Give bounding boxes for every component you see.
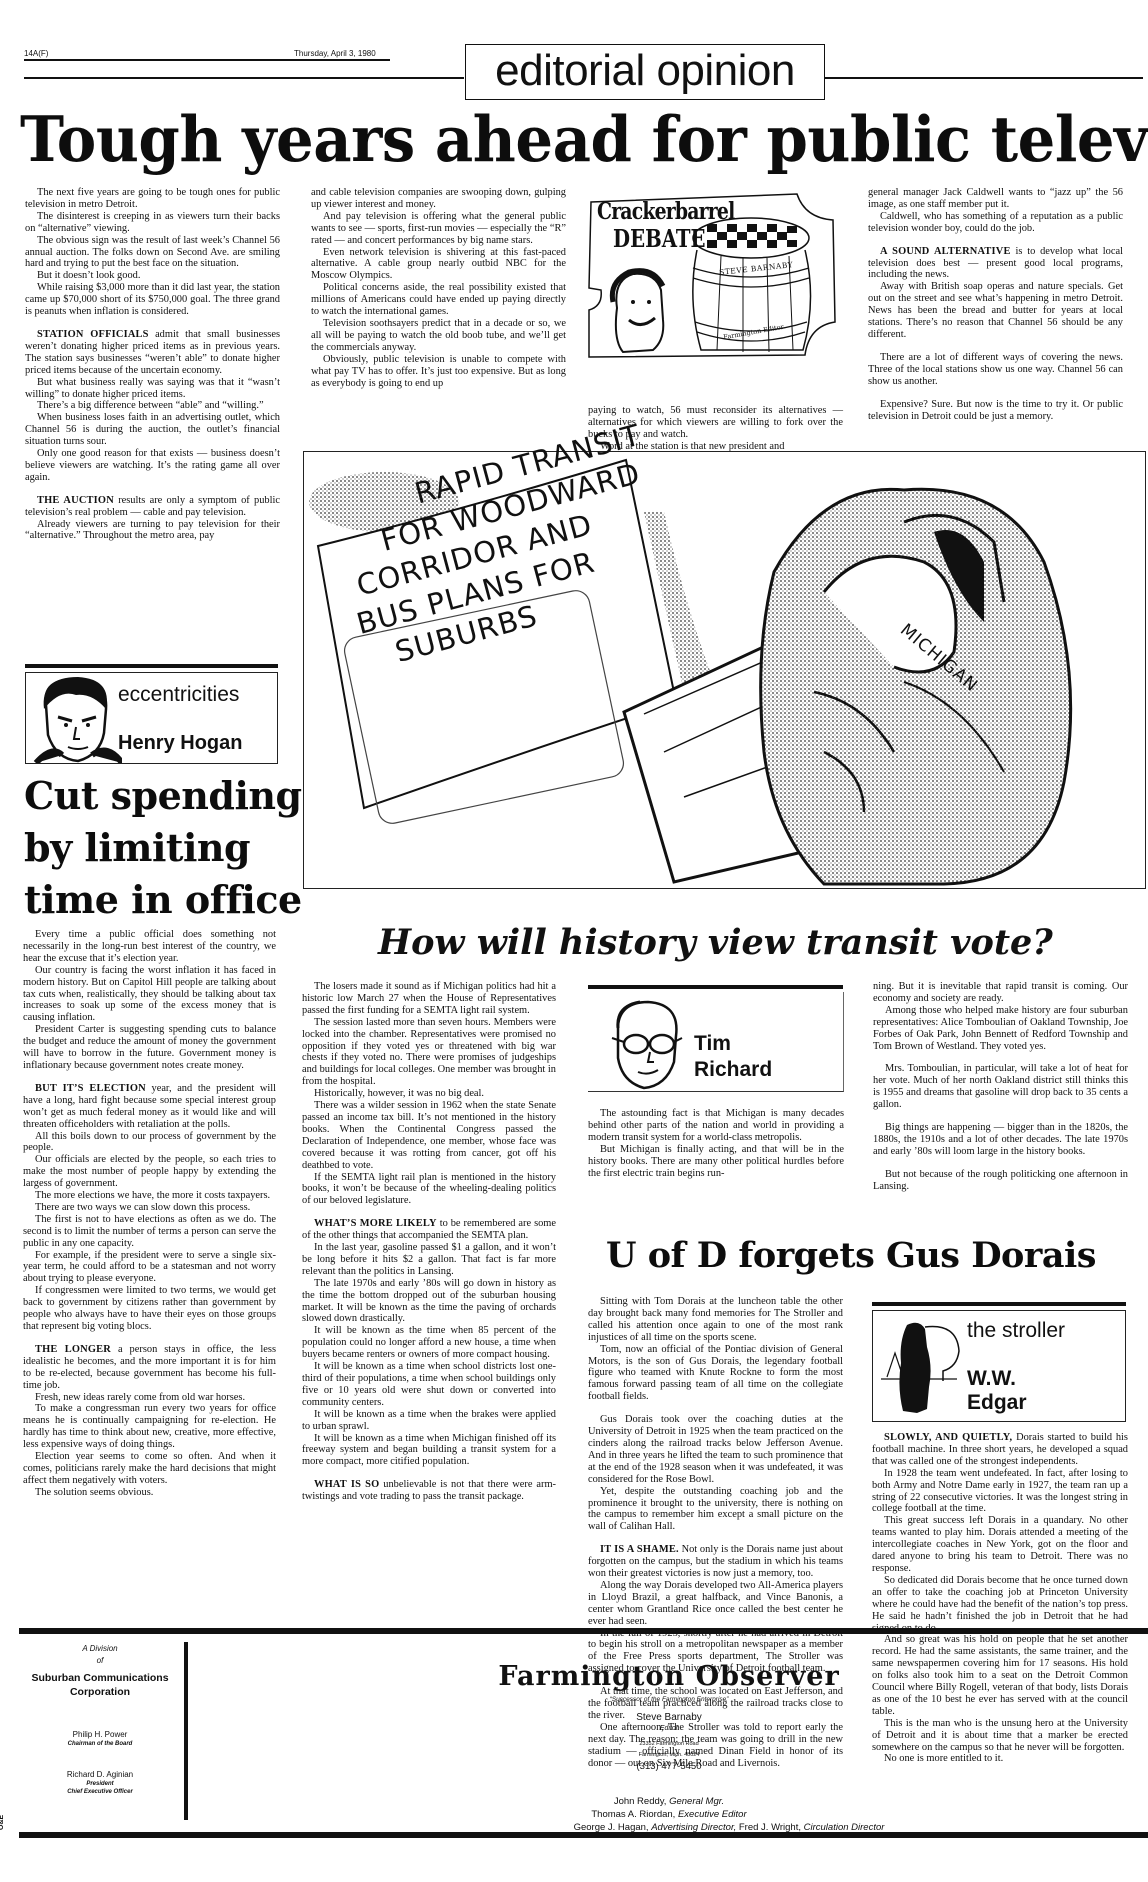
- paragraph: It will be known as a time when school d…: [302, 1361, 556, 1409]
- hogan-body: Every time a public official does someth…: [23, 929, 276, 1499]
- transit-cartoon: RAPID TRANSIT FOR WOODWARD CORRIDOR AND …: [303, 451, 1146, 889]
- paragraph: IT IS A SHAME. Not only is the Dorais na…: [588, 1544, 843, 1580]
- address-line-2: Farmington, Mich. 48024: [190, 1750, 1148, 1761]
- paragraph: The astounding fact is that Michigan is …: [588, 1108, 844, 1144]
- footer-top-rule: [19, 1628, 1148, 1634]
- paragraph-text: But Michigan is finally acting, and that…: [588, 1144, 844, 1179]
- hogan-column-header: eccentricities Henry Hogan: [25, 672, 278, 764]
- paragraph-text: Political concerns aside, the real possi…: [311, 282, 566, 317]
- paragraph: general manager Jack Caldwell wants to “…: [868, 187, 1123, 211]
- paragraph: Historically, however, it was no big dea…: [302, 1088, 556, 1100]
- paragraph-text: President Carter is suggesting spending …: [23, 1024, 276, 1071]
- division-of: of: [20, 1655, 180, 1667]
- paragraph-text: There are two ways we can slow down this…: [35, 1202, 250, 1213]
- paragraph-lead-in: STATION OFFICIALS: [37, 329, 149, 340]
- paper-tagline: “Successor of the Farmington Enterprise”: [190, 1694, 1148, 1706]
- paragraph-text: ning. But it is inevitable that rapid tr…: [873, 981, 1128, 1004]
- paragraph: The more elections we have, the more it …: [23, 1190, 276, 1202]
- author-henry-hogan: Henry Hogan: [118, 732, 242, 755]
- exec-credit: Thomas A. Riordan, Executive Editor: [190, 1808, 1148, 1821]
- paragraph-text: There was a wilder session in 1962 when …: [302, 1100, 556, 1171]
- paragraph: and cable television companies are swoop…: [311, 187, 566, 211]
- paragraph: Tom, now an official of the Pontiac divi…: [588, 1344, 843, 1404]
- stroller-silhouette-icon: [877, 1317, 963, 1417]
- paragraph: In the last year, gasoline passed $1 a g…: [302, 1242, 556, 1278]
- paragraph: Every time a public official does someth…: [23, 929, 276, 965]
- the-stroller-header: the stroller W.W. Edgar: [872, 1310, 1126, 1422]
- paragraph: Along the way Dorais developed two All-A…: [588, 1580, 843, 1628]
- headline-line: by limiting: [24, 822, 302, 874]
- paragraph-text: All this boils down to our process of go…: [23, 1131, 276, 1154]
- paragraph-text: Away with British soap operas and nature…: [868, 281, 1123, 340]
- page-number: 14A(F): [24, 49, 48, 58]
- paper-name: Farmington Observer: [190, 1660, 1148, 1694]
- gm-title: General Mgr.: [669, 1796, 724, 1807]
- paragraph-lead-in: A SOUND ALTERNATIVE: [880, 246, 1011, 257]
- paragraph-text: The session lasted more than seven hours…: [302, 1017, 556, 1088]
- paragraph: Among those who helped make history are …: [873, 1005, 1128, 1053]
- chairman-name: Philip H. Power: [20, 1729, 180, 1740]
- paragraph-text: This great success left Dorais in a quan…: [872, 1515, 1128, 1574]
- tim-richard-portrait-icon: [596, 996, 696, 1092]
- paragraph: To make a congressman run every two year…: [23, 1403, 276, 1451]
- paper-masthead-block: Farmington Observer “Successor of the Fa…: [190, 1660, 1148, 1773]
- paragraph: WHAT’S MORE LIKELY to be remembered are …: [302, 1218, 556, 1242]
- paragraph-text: In 1928 the team went undefeated. In fac…: [872, 1468, 1128, 1515]
- paragraph-text: Our country is facing the worst inflatio…: [23, 965, 276, 1024]
- paragraph-text: Our officials are elected by the people,…: [23, 1154, 276, 1189]
- side-mark: O&E: [0, 1815, 5, 1830]
- paragraph-text: The astounding fact is that Michigan is …: [588, 1108, 844, 1143]
- debate-title: DEBATE: [613, 224, 706, 253]
- paragraph: The next five years are going to be toug…: [25, 187, 280, 211]
- paragraph-lead-in: THE AUCTION: [37, 495, 114, 506]
- paragraph-text: Expensive? Sure. But now is the time to …: [868, 399, 1123, 422]
- paragraph-text: Mrs. Tomboulian, in particular, will tak…: [873, 1063, 1128, 1110]
- paragraph: Only one good reason for that exists — b…: [25, 448, 280, 484]
- division-line: A Division: [20, 1643, 180, 1655]
- phone-number: (313) 477-5450: [190, 1761, 1148, 1773]
- circ-title: Circulation Director: [804, 1822, 885, 1833]
- paragraph: Gus Dorais took over the coaching duties…: [588, 1414, 843, 1485]
- paragraph-text: The disinterest is creeping in as viewer…: [25, 211, 280, 234]
- paragraph-text: The obvious sign was the result of last …: [25, 235, 280, 270]
- ceo-title: Chief Executive Officer: [20, 1788, 180, 1796]
- paragraph: The disinterest is creeping in as viewer…: [25, 211, 280, 235]
- editor-name: Steve Barnaby: [190, 1712, 1148, 1724]
- paragraph: WHAT IS SO unbelievable is not that ther…: [302, 1479, 556, 1503]
- paragraph: President Carter is suggesting spending …: [23, 1024, 276, 1072]
- paragraph: SLOWLY, AND QUIETLY, Dorais started to b…: [872, 1432, 1128, 1468]
- paragraph-text: For example, if the president were to se…: [23, 1250, 276, 1285]
- section-title-box: editorial opinion: [465, 44, 825, 100]
- paragraph-text: To make a congressman run every two year…: [23, 1403, 276, 1450]
- transit-col-2: The astounding fact is that Michigan is …: [588, 1108, 844, 1179]
- paragraph: The first is not to have elections as of…: [23, 1214, 276, 1250]
- paragraph: Expensive? Sure. But now is the time to …: [868, 399, 1123, 423]
- circ-name: Fred J. Wright,: [739, 1822, 801, 1833]
- paragraph: For example, if the president were to se…: [23, 1250, 276, 1286]
- staff-credits: John Reddy, General Mgr. Thomas A. Riord…: [190, 1795, 1148, 1834]
- paragraph-lead-in: BUT IT’S ELECTION: [35, 1083, 146, 1094]
- paragraph-text: The losers made it sound as if Michigan …: [302, 981, 556, 1016]
- transit-col-3: ning. But it is inevitable that rapid tr…: [873, 981, 1128, 1193]
- masthead-rule-right: [825, 77, 1143, 79]
- masthead-rule-top: [24, 59, 390, 61]
- richard-top-rule: [588, 985, 843, 989]
- paragraph-text: Caldwell, who has something of a reputat…: [868, 211, 1123, 234]
- paragraph-text: It will be known as a time when school d…: [302, 1361, 556, 1408]
- paragraph: Our country is facing the worst inflatio…: [23, 965, 276, 1025]
- paragraph-text: Already viewers are turning to pay telev…: [25, 519, 280, 542]
- paragraph-text: Election year seems to come so often. An…: [23, 1451, 276, 1486]
- paragraph-text: Obviously, public television is unable t…: [311, 354, 566, 389]
- paragraph: Fresh, new ideas rarely come from old wa…: [23, 1392, 276, 1404]
- paragraph-text: It will be known as the time when 85 per…: [302, 1325, 556, 1360]
- paragraph: When business loses faith in an advertis…: [25, 412, 280, 448]
- paragraph-text: Fresh, new ideas rarely come from old wa…: [35, 1392, 245, 1403]
- paragraph-text: general manager Jack Caldwell wants to “…: [868, 187, 1123, 210]
- paragraph: But it doesn’t look good.: [25, 270, 280, 282]
- paragraph-text: Even network television is shivering at …: [311, 247, 566, 282]
- masthead-rule-left: [24, 77, 464, 79]
- paragraph-text: While raising $3,000 more than it did la…: [25, 282, 280, 317]
- paragraph: Our officials are elected by the people,…: [23, 1154, 276, 1190]
- paragraph-lead-in: SLOWLY, AND QUIETLY,: [884, 1432, 1012, 1443]
- crackerbarrel-debate-logo: Crackerbarrel DEBATE STEVE BARNABY Farmi…: [583, 190, 841, 360]
- paragraph: This great success left Dorais in a quan…: [872, 1515, 1128, 1575]
- author-last-name: Richard: [694, 1058, 772, 1082]
- paragraph-text: But not because of the rough politicking…: [873, 1169, 1128, 1192]
- company-name-2: Corporation: [20, 1685, 180, 1699]
- paragraph-text: There are a lot of different ways of cov…: [868, 352, 1123, 387]
- transit-headline: How will history view transit vote?: [378, 922, 1053, 963]
- column-name-the-stroller: the stroller: [967, 1319, 1065, 1343]
- paragraph: Political concerns aside, the real possi…: [311, 282, 566, 318]
- paragraph-text: But it doesn’t look good.: [37, 270, 140, 281]
- president-title: President: [20, 1780, 180, 1788]
- henry-hogan-portrait-icon: [32, 675, 122, 763]
- transit-col-1: The losers made it sound as if Michigan …: [302, 981, 556, 1503]
- paragraph: It will be known as the time when 85 per…: [302, 1325, 556, 1361]
- paragraph: Mrs. Tomboulian, in particular, will tak…: [873, 1063, 1128, 1111]
- author-first-name: Tim: [694, 1032, 731, 1056]
- headline-line: Cut spending: [24, 770, 302, 822]
- paragraph: Away with British soap operas and nature…: [868, 281, 1123, 341]
- paragraph: Even network television is shivering at …: [311, 247, 566, 283]
- paragraph: BUT IT’S ELECTION year, and the presiden…: [23, 1083, 276, 1131]
- paragraph-text: There’s a big difference between “able” …: [37, 400, 264, 411]
- paragraph-text: The late 1970s and early ’80s will go do…: [302, 1278, 556, 1325]
- paragraph-text: The first is not to have elections as of…: [23, 1214, 276, 1249]
- paragraph: There was a wilder session in 1962 when …: [302, 1100, 556, 1171]
- paragraph: Already viewers are turning to pay telev…: [25, 519, 280, 543]
- crackerbarrel-title: Crackerbarrel: [597, 198, 734, 225]
- paragraph-text: The solution seems obvious.: [35, 1487, 153, 1498]
- paragraph: But not because of the rough politicking…: [873, 1169, 1128, 1193]
- paragraph: So dedicated did Dorais become that he o…: [872, 1575, 1128, 1635]
- paragraph: While raising $3,000 more than it did la…: [25, 282, 280, 318]
- paragraph-text: So dedicated did Dorais become that he o…: [872, 1575, 1128, 1634]
- editor-title: Editor: [190, 1724, 1148, 1734]
- president-name: Richard D. Aginian: [20, 1769, 180, 1780]
- paragraph-text: If congressmen were limited to two terms…: [23, 1285, 276, 1332]
- adv-name: George J. Hagan,: [574, 1822, 649, 1833]
- paragraph-lead-in: IT IS A SHAME.: [600, 1544, 679, 1555]
- paragraph-text: Gus Dorais took over the coaching duties…: [588, 1414, 843, 1485]
- paragraph-text: But what business really was saying was …: [25, 377, 280, 400]
- company-name: Suburban Communications: [20, 1671, 180, 1685]
- paragraph-text: If the SEMTA light rail plan is mentione…: [302, 1172, 556, 1207]
- paragraph-text: Television soothsayers predict that in a…: [311, 318, 566, 353]
- paragraph: But Michigan is finally acting, and that…: [588, 1144, 844, 1180]
- paragraph-text: and cable television companies are swoop…: [311, 187, 566, 210]
- paragraph: In 1928 the team went undefeated. In fac…: [872, 1468, 1128, 1516]
- paragraph-text: Tom, now an official of the Pontiac divi…: [588, 1344, 843, 1403]
- paragraph: THE LONGER a person stays in office, the…: [23, 1344, 276, 1392]
- paragraph-text: Among those who helped make history are …: [873, 1005, 1128, 1052]
- paragraph: It will be known as a time when Michigan…: [302, 1433, 556, 1469]
- paragraph-text: It will be known as a time when the brak…: [302, 1409, 556, 1432]
- paragraph: And pay television is offering what the …: [311, 211, 566, 247]
- paragraph-lead-in: THE LONGER: [35, 1344, 111, 1355]
- paragraph: But what business really was saying was …: [25, 377, 280, 401]
- gm-credit: John Reddy, General Mgr.: [190, 1795, 1148, 1808]
- section-title: editorial opinion: [466, 45, 824, 97]
- tim-richard-header: Tim Richard: [588, 992, 844, 1092]
- author-edgar: Edgar: [967, 1391, 1027, 1415]
- paragraph-text: When business loses faith in an advertis…: [25, 412, 280, 447]
- hogan-headline: Cut spending by limiting time in office: [24, 770, 302, 926]
- paragraph: Big things are happening — bigger than i…: [873, 1122, 1128, 1158]
- paragraph: There are two ways we can slow down this…: [23, 1202, 276, 1214]
- paragraph-lead-in: WHAT IS SO: [314, 1479, 379, 1490]
- paragraph: There are a lot of different ways of cov…: [868, 352, 1123, 388]
- paragraph: Yet, despite the outstanding coaching jo…: [588, 1486, 843, 1534]
- paragraph-text: Only one good reason for that exists — b…: [25, 448, 280, 483]
- paragraph: There’s a big difference between “able” …: [25, 400, 280, 412]
- paragraph-text: Every time a public official does someth…: [23, 929, 276, 964]
- paragraph: If congressmen were limited to two terms…: [23, 1285, 276, 1333]
- paragraph-text: Yet, despite the outstanding coaching jo…: [588, 1486, 843, 1533]
- paragraph-lead-in: WHAT’S MORE LIKELY: [314, 1218, 437, 1229]
- paragraph: Obviously, public television is unable t…: [311, 354, 566, 390]
- exec-title: Executive Editor: [678, 1809, 747, 1820]
- stroller-headline: U of D forgets Gus Dorais: [606, 1235, 1096, 1276]
- paragraph: THE AUCTION results are only a symptom o…: [25, 495, 280, 519]
- paragraph-text: The next five years are going to be toug…: [25, 187, 280, 210]
- paragraph: It will be known as a time when the brak…: [302, 1409, 556, 1433]
- editorial-col-4: general manager Jack Caldwell wants to “…: [868, 187, 1123, 422]
- paragraph: If the SEMTA light rail plan is mentione…: [302, 1172, 556, 1208]
- paragraph: Caldwell, who has something of a reputat…: [868, 211, 1123, 235]
- paragraph: All this boils down to our process of go…: [23, 1131, 276, 1155]
- headline-line: time in office: [24, 874, 302, 926]
- paragraph: The solution seems obvious.: [23, 1487, 276, 1499]
- paragraph-text: In the last year, gasoline passed $1 a g…: [302, 1242, 556, 1277]
- hogan-top-rule: [25, 664, 278, 668]
- paragraph: The losers made it sound as if Michigan …: [302, 981, 556, 1017]
- paragraph: The late 1970s and early ’80s will go do…: [302, 1278, 556, 1326]
- paragraph-text: And pay television is offering what the …: [311, 211, 566, 246]
- chairman-title: Chairman of the Board: [20, 1740, 180, 1749]
- adv-title: Advertising Director,: [651, 1822, 736, 1833]
- paragraph-text: The more elections we have, the more it …: [35, 1190, 270, 1201]
- exec-name: Thomas A. Riordan,: [591, 1809, 675, 1820]
- paragraph-text: Along the way Dorais developed two All-A…: [588, 1580, 843, 1627]
- publisher-block: A Division of Suburban Communications Co…: [20, 1643, 180, 1796]
- paragraph: Television soothsayers predict that in a…: [311, 318, 566, 354]
- paragraph-text: It will be known as a time when Michigan…: [302, 1433, 556, 1468]
- paragraph: The session lasted more than seven hours…: [302, 1017, 556, 1088]
- paragraph: Election year seems to come so often. An…: [23, 1451, 276, 1487]
- address-line-1: 23352 Farmington Road: [190, 1739, 1148, 1750]
- paragraph-text: Big things are happening — bigger than i…: [873, 1122, 1128, 1157]
- paragraph: A SOUND ALTERNATIVE is to develop what l…: [868, 246, 1123, 282]
- main-headline: Tough years ahead for public television: [20, 103, 1148, 175]
- paragraph: Sitting with Tom Dorais at the luncheon …: [588, 1296, 843, 1344]
- paragraph: The obvious sign was the result of last …: [25, 235, 280, 271]
- stroller-top-rule: [872, 1302, 1126, 1306]
- adv-circ-credit: George J. Hagan, Advertising Director, F…: [190, 1821, 1148, 1834]
- editorial-col-2: and cable television companies are swoop…: [311, 187, 566, 389]
- author-ww: W.W.: [967, 1367, 1016, 1391]
- paragraph-text: Historically, however, it was no big dea…: [314, 1088, 484, 1099]
- gm-name: John Reddy,: [614, 1796, 667, 1807]
- issue-date: Thursday, April 3, 1980: [294, 49, 376, 58]
- editorial-col-1: The next five years are going to be toug…: [25, 187, 280, 542]
- paragraph: STATION OFFICIALS admit that small busin…: [25, 329, 280, 377]
- paragraph-text: Sitting with Tom Dorais at the luncheon …: [588, 1296, 843, 1343]
- paragraph: ning. But it is inevitable that rapid tr…: [873, 981, 1128, 1005]
- column-name-eccentricities: eccentricities: [118, 683, 239, 707]
- footer-divider: [184, 1642, 188, 1820]
